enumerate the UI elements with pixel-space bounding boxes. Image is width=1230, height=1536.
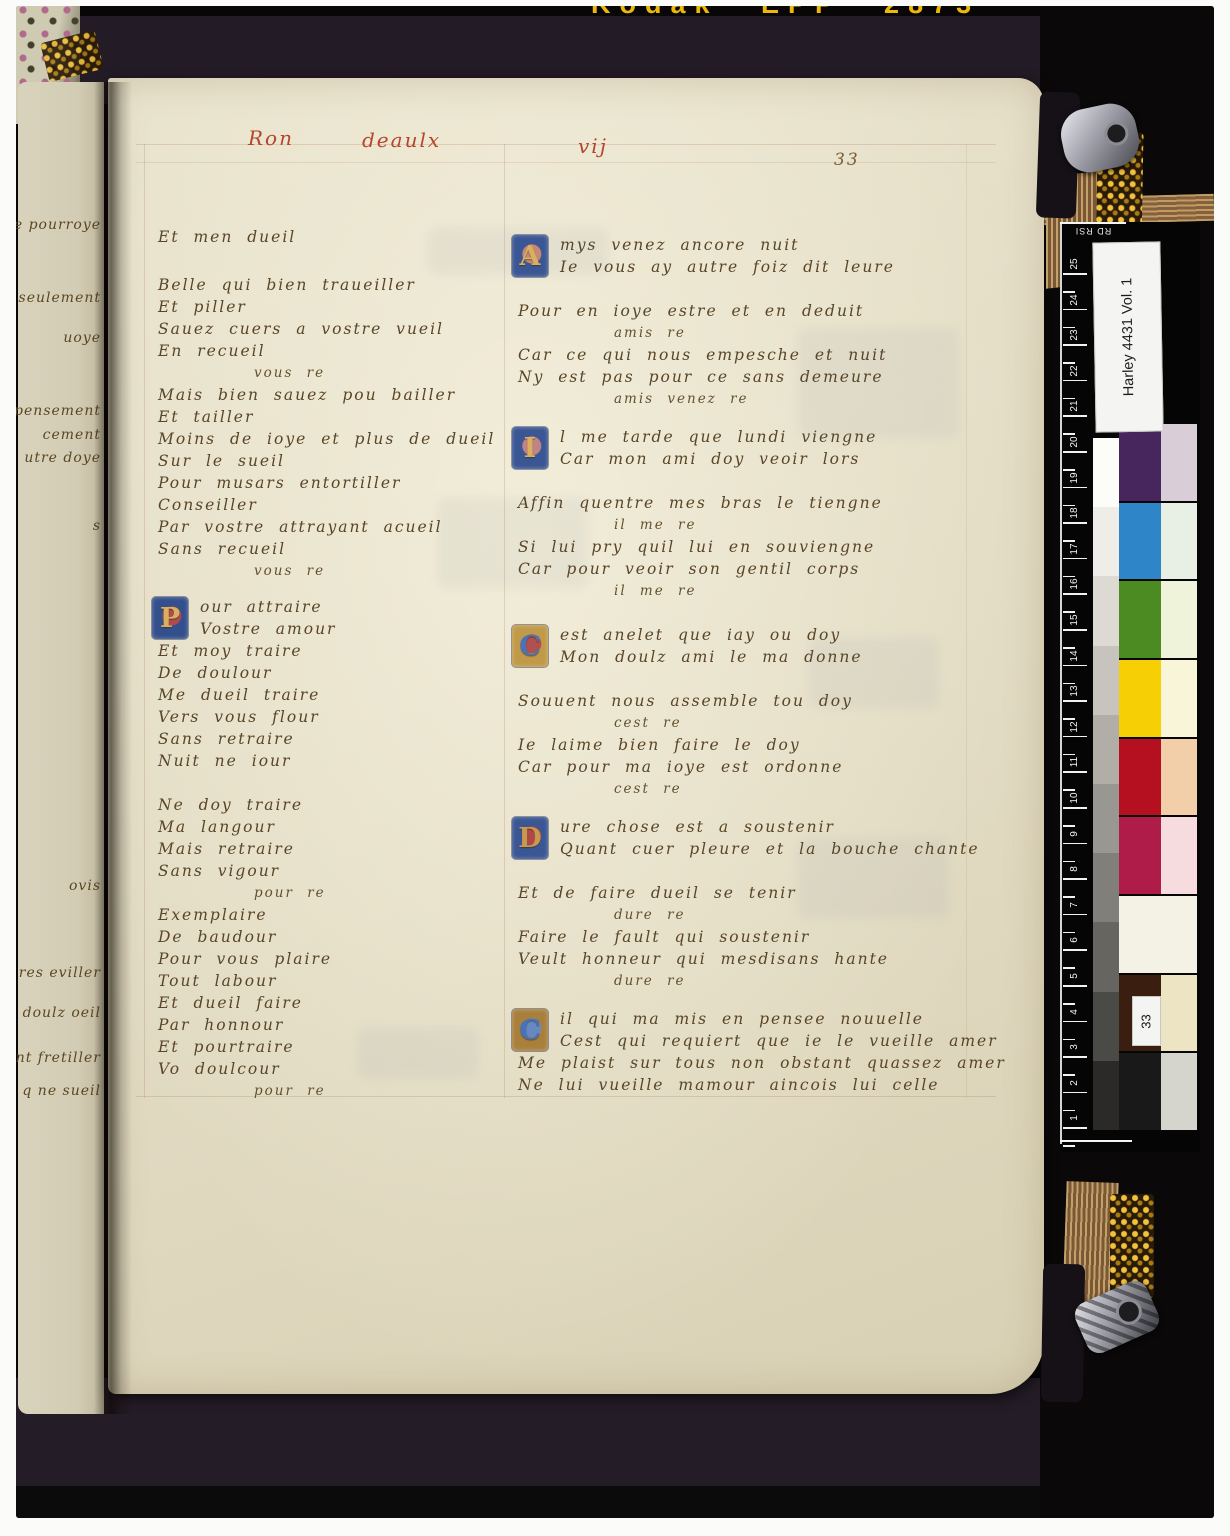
- ruler-tick: [1063, 878, 1087, 880]
- poem-line: Affin quentre mes bras le tiengne: [512, 492, 962, 514]
- color-patch-blue: [1119, 503, 1161, 582]
- poem-line: Ne lui vueille mamour aincois lui celle: [512, 1074, 962, 1096]
- ruler-tick: [1063, 380, 1087, 382]
- ruler-tick: [1063, 629, 1087, 631]
- ruler-number: 23: [1069, 325, 1081, 345]
- ruler-number: 6: [1069, 930, 1081, 950]
- poem: Il me tarde que lundi viengneCar mon ami…: [512, 426, 962, 602]
- ruler-number: 24: [1069, 290, 1081, 310]
- refrain-line: amis venez re: [512, 388, 962, 410]
- color-patch-magenta: [1119, 817, 1161, 896]
- poem-line: Car ce qui nous empesche et nuit: [512, 344, 962, 366]
- backdrop-cloth-bottom: [16, 1378, 1214, 1490]
- line-gap: [512, 470, 962, 492]
- poem-line: Faire le fault qui soustenir: [512, 926, 962, 948]
- poem-line: Veult honneur qui mesdisans hante: [512, 948, 962, 970]
- ruler-number: 17: [1069, 539, 1081, 559]
- ruler-tick: [1063, 558, 1087, 560]
- ruler-tick: [1063, 1021, 1087, 1023]
- facing-fragment: utre doye: [24, 450, 101, 466]
- facing-fragment: us q ne sueil: [16, 1083, 101, 1099]
- folio-sticker: 33: [1132, 996, 1161, 1046]
- ruler-number: 8: [1069, 859, 1081, 879]
- color-tint-magenta: [1161, 817, 1197, 896]
- poem-line: Car mon ami doy veoir lors: [512, 448, 962, 470]
- poem: Dure chose est a soustenirQuant cuer ple…: [512, 816, 962, 992]
- running-header-word: deaulx: [362, 128, 441, 152]
- ruler-number: 9: [1069, 824, 1081, 844]
- color-tint-white: [1161, 896, 1197, 975]
- calibration-ruler: 2524232221201918171615141312111098765432…: [1060, 222, 1093, 1150]
- color-tint-green: [1161, 581, 1197, 660]
- color-patch-purple: [1119, 424, 1161, 503]
- ruler-tick: [1063, 522, 1087, 524]
- grayscale-step: [1093, 853, 1119, 922]
- color-patch-red: [1119, 739, 1161, 818]
- color-tint-strip: [1161, 424, 1197, 1132]
- shelfmark-label: Harley 4431 Vol. 1: [1119, 278, 1137, 397]
- clip-hole: [1106, 123, 1127, 144]
- grayscale-step: [1093, 1061, 1119, 1130]
- ruler-number: 3: [1069, 1037, 1081, 1057]
- ruler-number: 15: [1069, 610, 1081, 630]
- ruler-tick: [1063, 665, 1087, 667]
- ruler-tick: [1063, 344, 1087, 346]
- ruler-number: 4: [1069, 1002, 1081, 1022]
- ruler-tick: [1063, 914, 1087, 916]
- color-patch-green: [1119, 581, 1161, 660]
- ruler-tick: [1063, 593, 1087, 595]
- grayscale-step: [1093, 576, 1119, 645]
- refrain-line: amis re: [512, 322, 962, 344]
- poem-line: mys venez ancore nuit: [512, 234, 962, 256]
- refrain-line: dure re: [512, 904, 962, 926]
- gutter-shadow: [94, 82, 132, 1414]
- ruler-tick: [1063, 736, 1087, 738]
- poem-line: Ie vous ay autre foiz dit leure: [512, 256, 962, 278]
- ruler-number: 10: [1069, 788, 1081, 808]
- color-tint-blue: [1161, 503, 1197, 582]
- ruler-tick: [1063, 1092, 1087, 1094]
- clip-hole: [1116, 1299, 1142, 1325]
- ruler-number: 25: [1069, 254, 1081, 274]
- refrain-line: cest re: [512, 778, 962, 800]
- folio-sticker-label: 33: [1139, 1014, 1154, 1028]
- ruler-tick: [1063, 985, 1087, 987]
- ruler-tick: [1063, 1127, 1087, 1129]
- poem-line: Car pour veoir son gentil corps: [512, 558, 962, 580]
- ruler-tick: [1063, 273, 1087, 275]
- ruler-number: 21: [1069, 396, 1081, 416]
- facing-fragment: cement: [43, 427, 101, 443]
- poem-line: Cest qui requiert que ie le vueille amer: [512, 1030, 962, 1052]
- folio-number: 33: [834, 150, 860, 170]
- poem-line: l me tarde que lundi viengne: [512, 426, 962, 448]
- facing-fragment: t seulement: [16, 290, 101, 306]
- color-patch-yellow: [1119, 660, 1161, 739]
- ruler-number: 16: [1069, 574, 1081, 594]
- color-patch-white: [1119, 896, 1161, 975]
- ruler-tick: [1063, 807, 1087, 809]
- ruling-line: [966, 144, 967, 1098]
- ruler-tick: [1063, 451, 1087, 453]
- backdrop-shadow-bottom: [16, 1486, 1214, 1518]
- color-tint-yellow: [1161, 660, 1197, 739]
- poem: Amys venez ancore nuitIe vous ay autre f…: [512, 234, 962, 410]
- ruler-number: 5: [1069, 966, 1081, 986]
- color-tint-red: [1161, 739, 1197, 818]
- line-gap: [512, 278, 962, 300]
- refrain-line: cest re: [512, 712, 962, 734]
- grayscale-step: [1093, 922, 1119, 991]
- grayscale-step: [1093, 784, 1119, 853]
- ruler-number: 14: [1069, 646, 1081, 666]
- facing-fragment: ant fretiller: [16, 1050, 101, 1066]
- ruler-tick: [1063, 771, 1087, 773]
- poem-line: Mon doulz ami le ma donne: [512, 646, 962, 668]
- poem-line: Ny est pas pour ce sans demeure: [512, 366, 962, 388]
- ruling-line: [136, 162, 996, 163]
- grayscale-step: [1093, 992, 1119, 1061]
- refrain-line: il me re: [512, 580, 962, 602]
- poem-line: Car pour ma ioye est ordonne: [512, 756, 962, 778]
- facing-page-edge: e pourroyet seulementuoyen pensementceme…: [18, 82, 104, 1414]
- poem-line: Pour en ioye estre et en deduit: [512, 300, 962, 322]
- ruler-number: 18: [1069, 503, 1081, 523]
- photo-area: Kodak EPP 2873 e pourroyet seulementuoye…: [16, 6, 1214, 1518]
- ruler-number: 12: [1069, 717, 1081, 737]
- grayscale-step: [1093, 507, 1119, 576]
- ruler-tick: [1063, 843, 1087, 845]
- grayscale-step: [1093, 646, 1119, 715]
- ruler-tick: [1063, 700, 1087, 702]
- poem-line: est anelet que iay ou doy: [512, 624, 962, 646]
- poem-line: il qui ma mis en pensee nouuelle: [512, 1008, 962, 1030]
- ruler-tick: [1063, 487, 1087, 489]
- grayscale-step: [1093, 715, 1119, 784]
- color-tint-black: [1161, 1053, 1197, 1132]
- grayscale-strip: [1093, 438, 1119, 1130]
- line-gap: [512, 860, 962, 882]
- ruler-number: 1: [1069, 1108, 1081, 1128]
- ruler-tick: [1063, 309, 1087, 311]
- shelfmark-sticker: Harley 4431 Vol. 1: [1092, 241, 1163, 432]
- poem-line: Et de faire dueil se tenir: [512, 882, 962, 904]
- ruler-number: 7: [1069, 895, 1081, 915]
- running-header-word: Ron: [248, 126, 294, 150]
- facing-fragment: n pensement: [16, 403, 101, 419]
- ruler-number: 2: [1069, 1073, 1081, 1093]
- line-gap: [512, 668, 962, 690]
- ruler-half-tick: [1063, 1145, 1075, 1147]
- poem-line: Quant cuer pleure et la bouche chante: [512, 838, 962, 860]
- running-header-word: vij: [578, 134, 608, 158]
- color-patch-black: [1119, 1053, 1161, 1132]
- poem-line: Ie laime bien faire le doy: [512, 734, 962, 756]
- manuscript-page: Ron deaulx vij 33 Et men dueilBelle qui …: [108, 78, 1044, 1394]
- facing-fragment: r vo doulz oeil: [16, 1005, 101, 1021]
- facing-fragment: res eviller: [19, 965, 101, 981]
- facing-fragment: e pourroye: [16, 217, 101, 233]
- ruler-tick: [1063, 949, 1087, 951]
- grayscale-step: [1093, 438, 1119, 507]
- ruler-number: 11: [1069, 752, 1081, 772]
- color-calibration-bar: RD RSI 252423222120191817161514131211109…: [1060, 222, 1200, 1152]
- photograph-frame: Kodak EPP 2873 e pourroyet seulementuoye…: [0, 0, 1230, 1536]
- ruler-tick: [1063, 1056, 1087, 1058]
- refrain-line: il me re: [512, 514, 962, 536]
- page-clamp-arm-bottom: [1041, 1264, 1085, 1403]
- poem: Cil qui ma mis en pensee nouuelleCest qu…: [512, 1008, 962, 1096]
- ruling-line: [144, 144, 145, 1098]
- ruler-number: 19: [1069, 468, 1081, 488]
- color-tint-purple: [1161, 424, 1197, 503]
- poem: Cest anelet que iay ou doyMon doulz ami …: [512, 624, 962, 800]
- color-tint-brown: [1161, 975, 1197, 1054]
- refrain-line: dure re: [512, 970, 962, 992]
- ruler-number: 20: [1069, 432, 1081, 452]
- poem-line: Si lui pry quil lui en souviengne: [512, 536, 962, 558]
- poem-line: Souuent nous assemble tou doy: [512, 690, 962, 712]
- ruler-number: 13: [1069, 681, 1081, 701]
- ruler-number: 22: [1069, 361, 1081, 381]
- poem-line: ure chose est a soustenir: [512, 816, 962, 838]
- poem-line: Me plaist sur tous non obstant quassez a…: [512, 1052, 962, 1074]
- ruler-tick: [1063, 415, 1087, 417]
